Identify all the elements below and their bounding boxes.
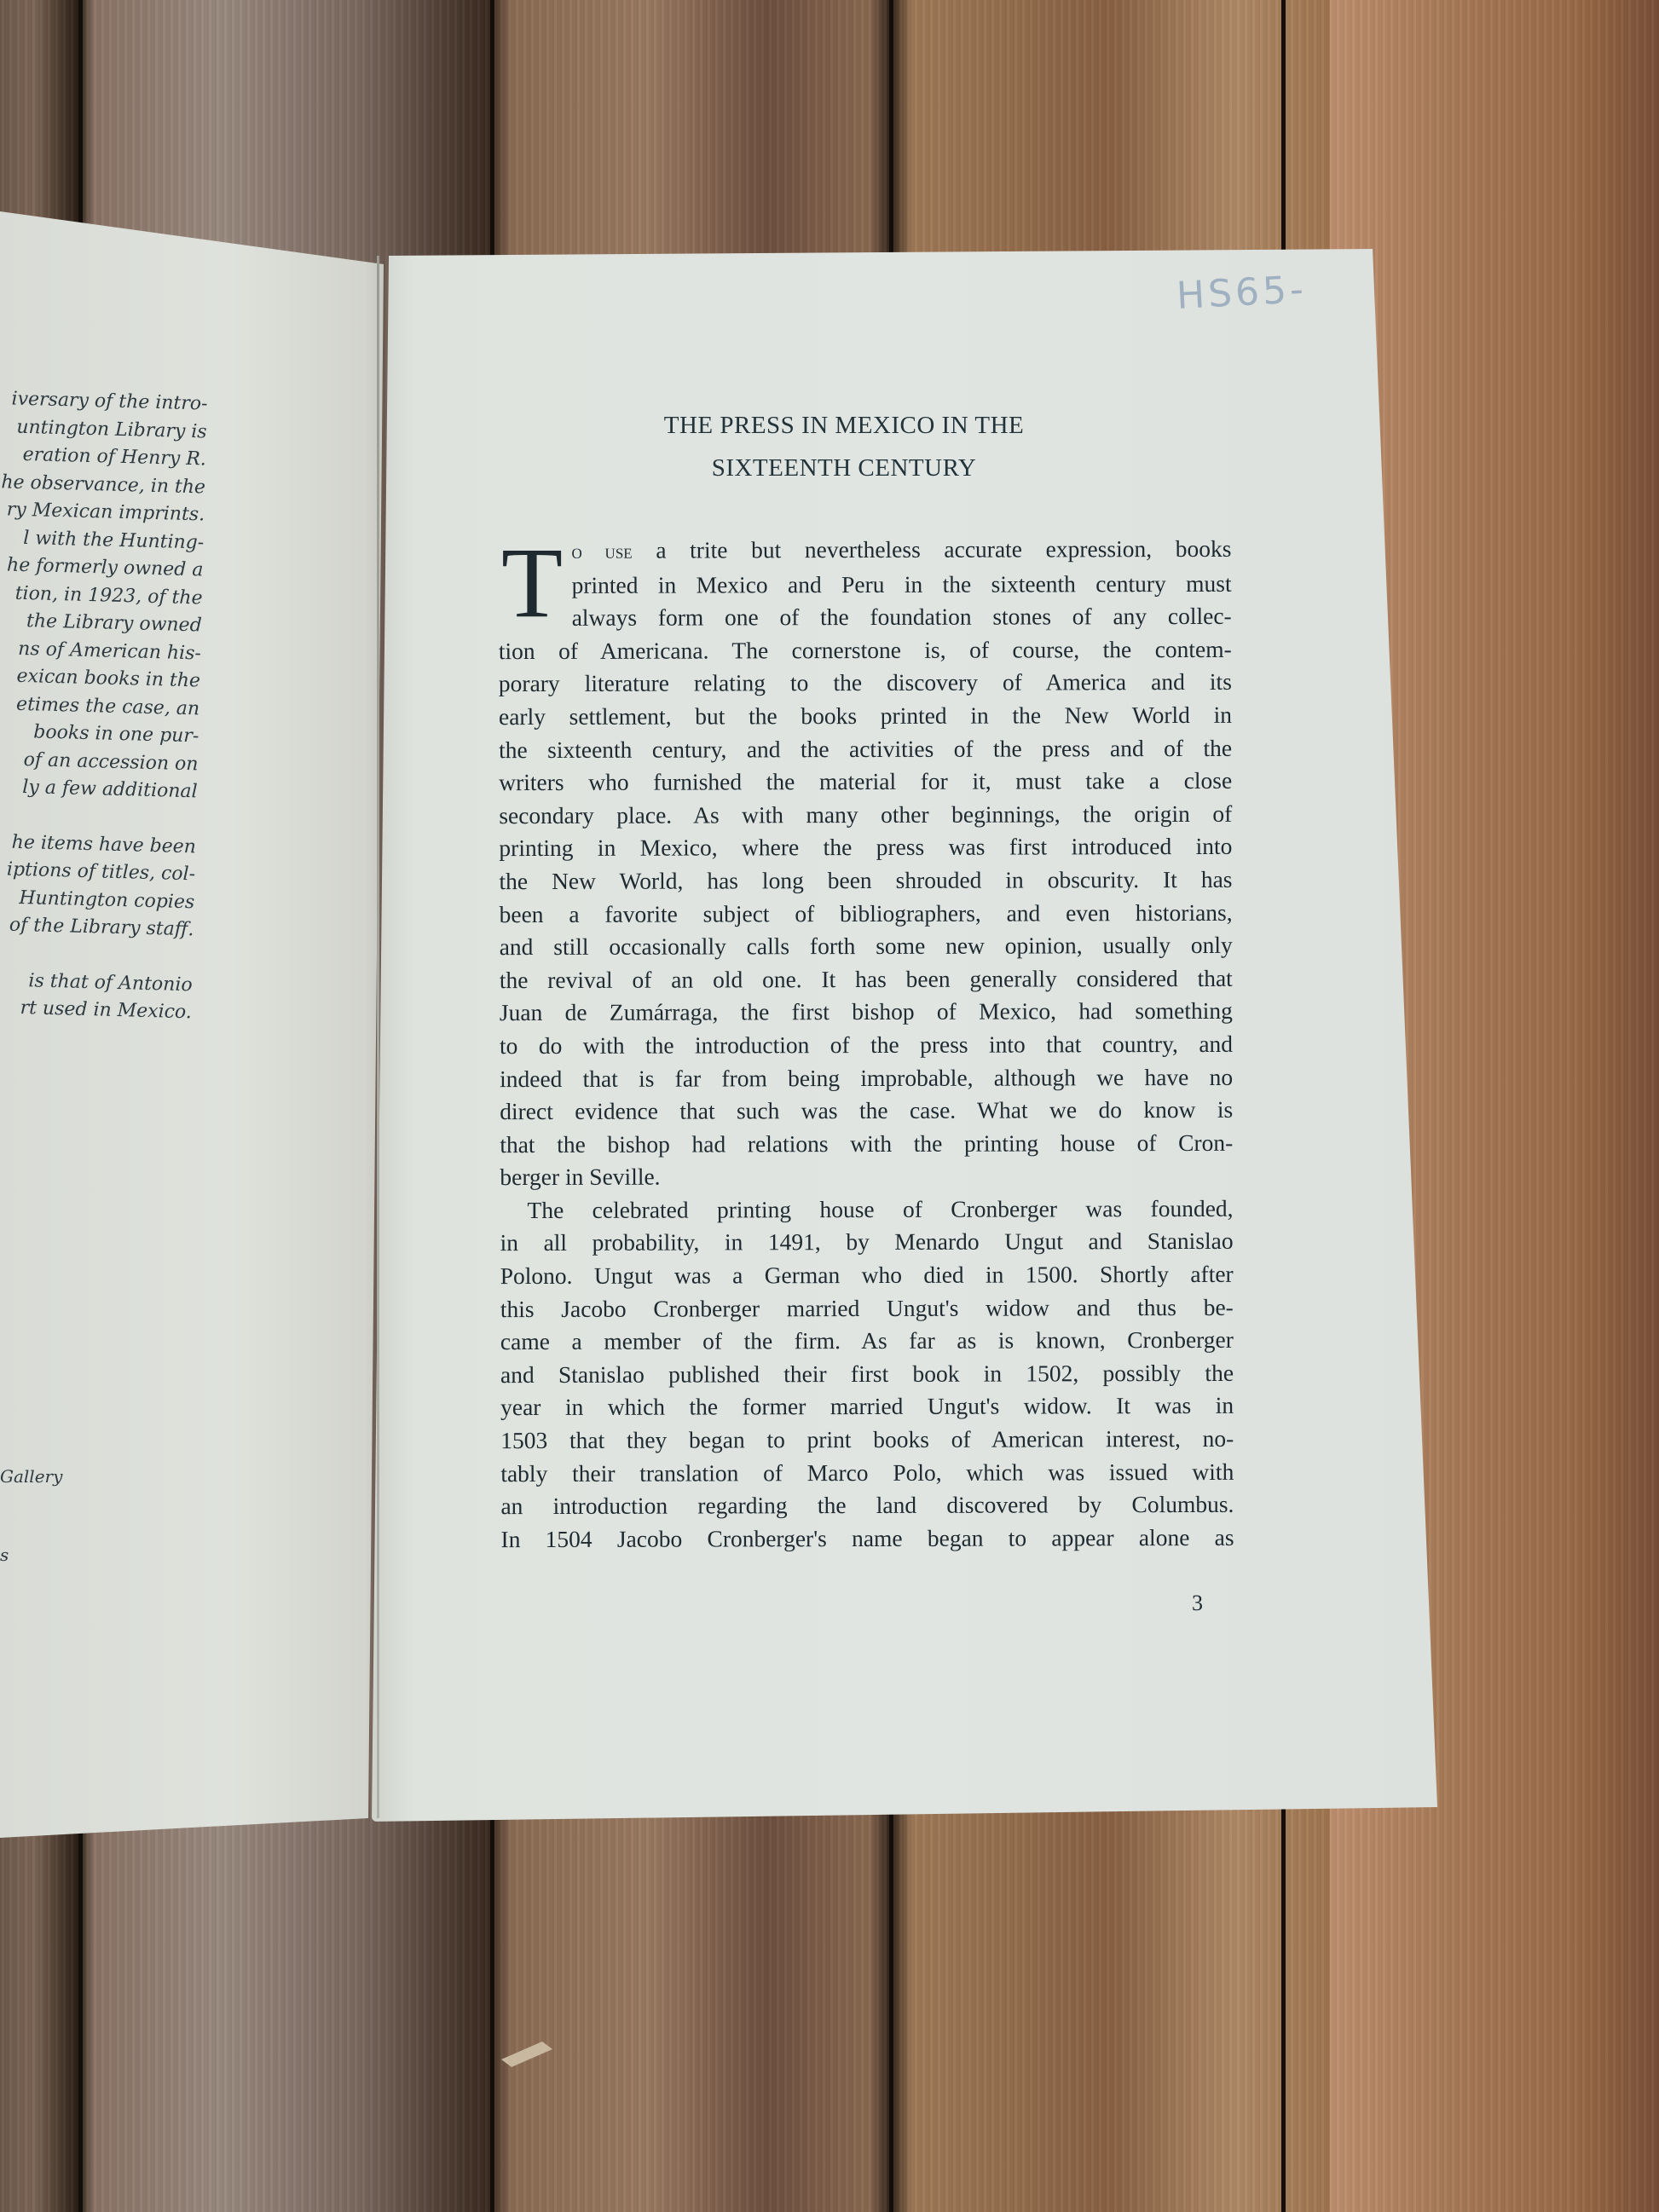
left-line: iptions of titles, col- — [0, 856, 195, 889]
pencil-annotation: HS65- — [1176, 268, 1308, 318]
body-line: always form one of the foundation stones… — [499, 600, 1232, 635]
title-line-2: SIXTEENTH CENTURY — [512, 447, 1176, 489]
body-line: tably their translation of Marco Polo, w… — [500, 1455, 1234, 1490]
body-line: printing in Mexico, where the press was … — [499, 830, 1232, 865]
body-text: o use a trite but nevertheless accurate … — [498, 533, 1234, 1556]
left-line: he formerly owned a — [0, 552, 204, 585]
title-line-1: THE PRESS IN MEXICO IN THE — [512, 404, 1176, 447]
left-line: etimes the case, an — [0, 690, 200, 723]
body-line: to do with the introduction of the press… — [500, 1028, 1233, 1063]
body-line: the revival of an old one. It has been g… — [500, 962, 1233, 997]
left-line: the Library owned — [0, 607, 202, 640]
left-footer-gallery: Gallery — [0, 1466, 62, 1487]
body-line: that the bishop had relations with the p… — [500, 1127, 1233, 1162]
body-line: The celebrated printing house of Cronber… — [500, 1193, 1233, 1227]
body-line: tion of Americana. The cornerstone is, o… — [499, 633, 1232, 668]
body-line: been a favorite subject of bibliographer… — [500, 896, 1233, 931]
left-page-text: iversary of the intro- untington Library… — [0, 385, 208, 1027]
body-line: and Stanislao published their first book… — [500, 1357, 1234, 1392]
body-line: came a member of the firm. As far as is … — [500, 1324, 1234, 1359]
left-line: ly a few additional — [0, 773, 198, 806]
page-number: 3 — [1192, 1591, 1203, 1616]
body-line: writers who furnished the material for i… — [499, 765, 1232, 800]
left-line: exican books in the — [0, 662, 200, 696]
smallcaps-opening: o use — [571, 541, 632, 563]
body-line: Juan de Zumárraga, the first bishop of M… — [500, 995, 1233, 1030]
body-line: 1503 that they began to print books of A… — [500, 1423, 1234, 1458]
body-line: an introduction regarding the land disco… — [500, 1488, 1234, 1523]
left-footer-fragment: s — [0, 1545, 9, 1565]
body-line: Polono. Ungut was a German who died in 1… — [500, 1258, 1234, 1293]
body-line: printed in Mexico and Peru in the sixtee… — [499, 567, 1232, 602]
body-line: and still occasionally calls forth some … — [500, 929, 1233, 964]
body-line: direct evidence that such was the case. … — [500, 1094, 1233, 1129]
paper-scrap — [501, 2042, 552, 2067]
body-line: o use a trite but nevertheless accurate … — [498, 533, 1231, 569]
body-line: in all probability, in 1491, by Menardo … — [500, 1225, 1234, 1260]
chapter-title: THE PRESS IN MEXICO IN THE SIXTEENTH CEN… — [512, 404, 1176, 489]
body-line: In 1504 Jacobo Cronberger's name began t… — [500, 1522, 1234, 1556]
body-line: secondary place. As with many other begi… — [499, 798, 1232, 833]
body-line: berger in Seville. — [500, 1159, 1233, 1194]
body-line: the sixteenth century, and the activitie… — [499, 731, 1232, 766]
left-line: of the Library staff. — [0, 911, 194, 944]
body-line: year in which the former married Ungut's… — [500, 1389, 1234, 1424]
body-line: early settlement, but the books printed … — [499, 699, 1232, 734]
book-spine — [377, 256, 379, 1818]
body-line: porary literature relating to the discov… — [499, 666, 1232, 701]
body-line: indeed that is far from being improbable… — [500, 1060, 1233, 1095]
left-line: ry Mexican imprints. — [0, 496, 205, 529]
body-line: this Jacobo Cronberger married Ungut's w… — [500, 1291, 1234, 1326]
left-line: rt used in Mexico. — [0, 994, 192, 1027]
body-line: the New World, has long been shrouded in… — [499, 863, 1232, 898]
